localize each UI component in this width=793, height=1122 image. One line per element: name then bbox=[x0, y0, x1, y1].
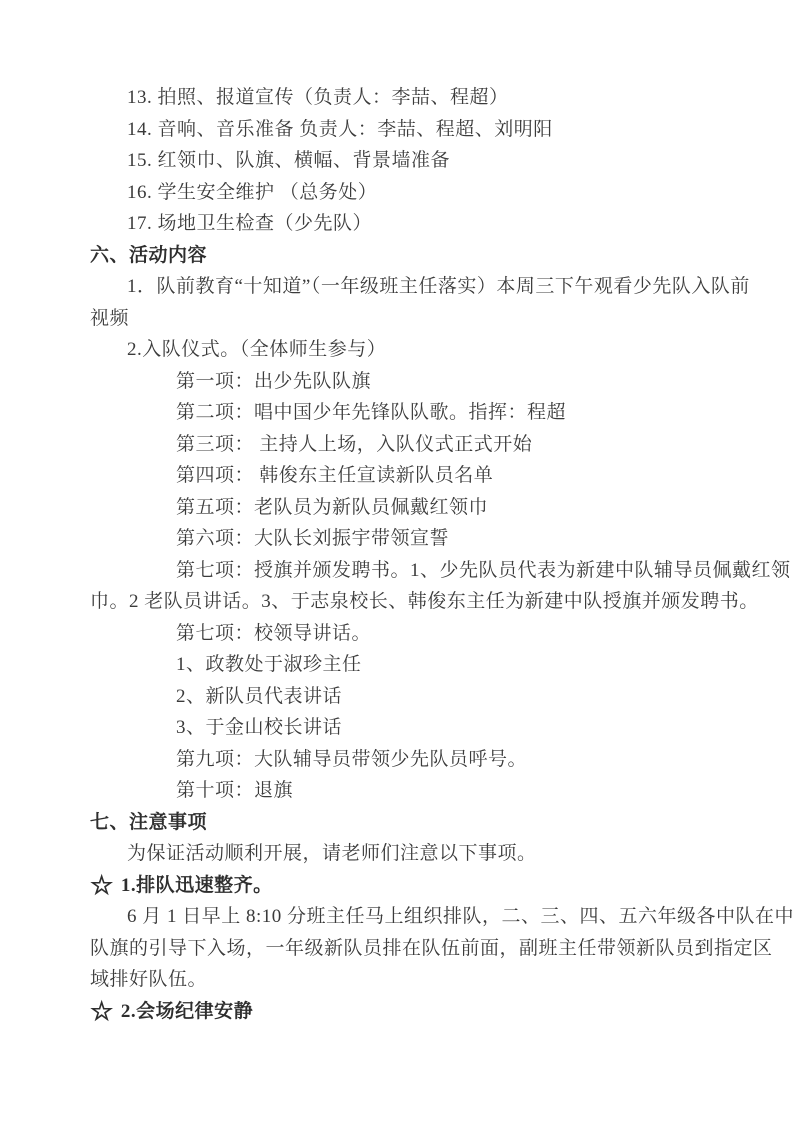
star-icon: ☆ bbox=[90, 999, 114, 1025]
doc-line: 为保证活动顺利开展，请老师们注意以下事项。 bbox=[90, 838, 710, 870]
doc-line: 第七项：授旗并颁发聘书。1、少先队员代表为新建中队辅导员佩戴红领 bbox=[90, 555, 710, 587]
doc-line: 七、注意事项 bbox=[90, 807, 710, 839]
doc-line: 3、于金山校长讲话 bbox=[90, 712, 710, 744]
page: 13. 拍照、报道宣传（负责人：李喆、程超）14. 音响、音乐准备 负责人：李喆… bbox=[0, 0, 793, 1122]
doc-line: 15. 红领巾、队旗、横幅、背景墙准备 bbox=[90, 145, 710, 177]
doc-line: 2.入队仪式。（全体师生参与） bbox=[90, 334, 710, 366]
doc-line: 13. 拍照、报道宣传（负责人：李喆、程超） bbox=[90, 82, 710, 114]
doc-line: ☆1.排队迅速整齐。 bbox=[90, 870, 710, 902]
doc-line: 第四项： 韩俊东主任宣读新队员名单 bbox=[90, 460, 710, 492]
doc-line: 第十项：退旗 bbox=[90, 775, 710, 807]
doc-line: 第五项：老队员为新队员佩戴红领巾 bbox=[90, 492, 710, 524]
doc-line: 队旗的引导下入场，一年级新队员排在队伍前面，副班主任带领新队员到指定区 bbox=[90, 933, 710, 965]
doc-line: 1、政教处于淑珍主任 bbox=[90, 649, 710, 681]
doc-line: 六、活动内容 bbox=[90, 240, 710, 272]
doc-line: 17. 场地卫生检查（少先队） bbox=[90, 208, 710, 240]
doc-line: 视频 bbox=[90, 303, 710, 335]
doc-line: 6 月 1 日早上 8:10 分班主任马上组织排队，二、三、四、五六年级各中队在… bbox=[90, 901, 710, 933]
doc-line: 16. 学生安全维护 （总务处） bbox=[90, 177, 710, 209]
doc-line-text: 2.会场纪律安静 bbox=[121, 1001, 253, 1022]
doc-line: 巾。2 老队员讲话。3、于志泉校长、韩俊东主任为新建中队授旗并颁发聘书。 bbox=[90, 586, 710, 618]
doc-line: 第三项： 主持人上场，入队仪式正式开始 bbox=[90, 429, 710, 461]
doc-line: 第九项：大队辅导员带领少先队员呼号。 bbox=[90, 744, 710, 776]
doc-line: 第二项：唱中国少年先锋队队歌。指挥：程超 bbox=[90, 397, 710, 429]
doc-line: 第一项：出少先队队旗 bbox=[90, 366, 710, 398]
doc-line: 2、新队员代表讲话 bbox=[90, 681, 710, 713]
doc-line: 14. 音响、音乐准备 负责人：李喆、程超、刘明阳 bbox=[90, 114, 710, 146]
doc-line: ☆2.会场纪律安静 bbox=[90, 996, 710, 1028]
star-icon: ☆ bbox=[90, 873, 114, 899]
doc-line: 第七项：校领导讲话。 bbox=[90, 618, 710, 650]
doc-line: 域排好队伍。 bbox=[90, 964, 710, 996]
document-body: 13. 拍照、报道宣传（负责人：李喆、程超）14. 音响、音乐准备 负责人：李喆… bbox=[90, 82, 710, 1027]
doc-line: 第六项：大队长刘振宇带领宣誓 bbox=[90, 523, 710, 555]
doc-line: 1．队前教育“十知道”（一年级班主任落实）本周三下午观看少先队入队前 bbox=[90, 271, 710, 303]
doc-line-text: 1.排队迅速整齐。 bbox=[121, 875, 273, 896]
